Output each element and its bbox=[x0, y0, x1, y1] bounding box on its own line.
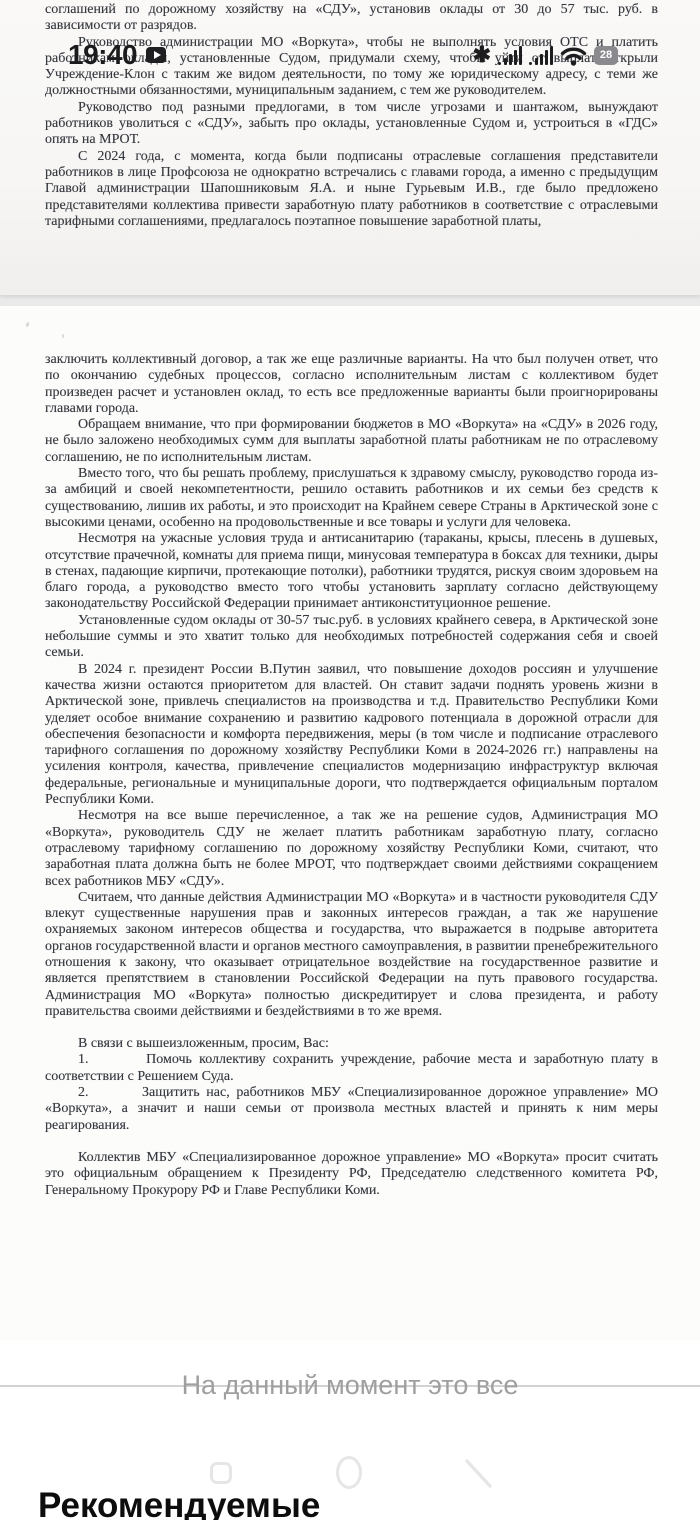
document-page-1: соглашений по дорожному хозяйству на «СД… bbox=[0, 0, 700, 295]
page-2-text: заключить коллективный договор, а так же… bbox=[0, 306, 700, 1199]
document-paragraph: Считаем, что данные действия Администрац… bbox=[45, 890, 658, 1020]
document-paragraph: Несмотря на ужасные условия труда и анти… bbox=[45, 531, 658, 612]
document-paragraph: 1. Помочь коллективу сохранить учреждени… bbox=[45, 1052, 658, 1085]
page-gap-band bbox=[0, 295, 700, 306]
document-paragraph: С 2024 года, с момента, когда были подпи… bbox=[45, 149, 658, 230]
end-message: На данный момент это все bbox=[0, 1368, 700, 1402]
recommended-heading: Рекомендуемые bbox=[38, 1486, 320, 1520]
document-paragraph: заключить коллективный договор, а так же… bbox=[45, 352, 658, 417]
document-paragraph: соглашений по дорожному хозяйству на «СД… bbox=[45, 2, 658, 35]
document-paragraph: В связи с вышеизложенным, просим, Вас: bbox=[45, 1036, 658, 1052]
document-paragraph: Руководство администрации МО «Воркута», … bbox=[45, 35, 658, 100]
back-button[interactable] bbox=[462, 1457, 496, 1491]
document-paragraph: Коллектив МБУ «Специализированное дорожн… bbox=[45, 1150, 658, 1199]
document-paragraph: 2. Защитить нас, работников МБУ «Специал… bbox=[45, 1085, 658, 1134]
document-paragraph: Установленные судом оклады от 30-57 тыс.… bbox=[45, 613, 658, 662]
document-paragraph: Руководство под разными предлогами, в то… bbox=[45, 100, 658, 149]
document-paragraph: В 2024 г. президент России В.Путин заяви… bbox=[45, 662, 658, 809]
document-paragraph: Несмотря на все выше перечисленное, а та… bbox=[45, 808, 658, 889]
document-paragraph: Обращаем внимание, что при формировании … bbox=[45, 417, 658, 466]
document-paragraph: Вместо того, что бы решать проблему, при… bbox=[45, 466, 658, 531]
recents-button[interactable] bbox=[210, 1462, 232, 1484]
screenshot-root: соглашений по дорожному хозяйству на «СД… bbox=[0, 0, 700, 1520]
home-button[interactable] bbox=[336, 1456, 362, 1489]
document-page-2: заключить коллективный договор, а так же… bbox=[0, 306, 700, 1340]
document-photo[interactable]: соглашений по дорожному хозяйству на «СД… bbox=[0, 0, 700, 1340]
page-1-text: соглашений по дорожному хозяйству на «СД… bbox=[0, 0, 700, 230]
